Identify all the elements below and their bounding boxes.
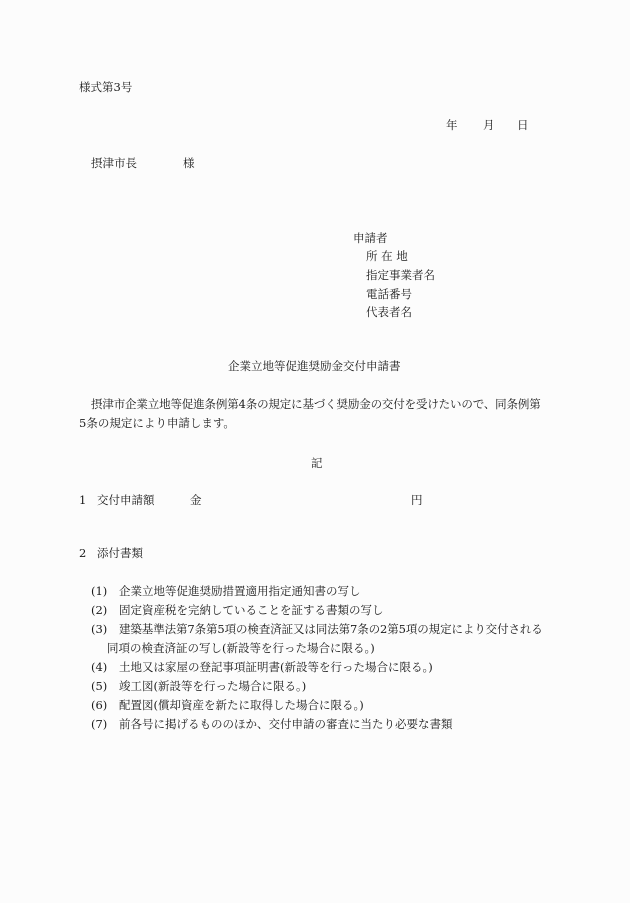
list-item-text: 配置図(償却資産を新たに取得した場合に限る。) [119,698,364,712]
section-1-label: 交付申請額 [97,493,155,507]
list-item-text: 企業立地等促進奨励措置適用指定通知書の写し [119,584,361,598]
date-month-label: 月 [483,118,495,132]
applicant-field-business-name: 指定事業者名 [366,268,435,282]
currency-prefix: 金 [190,493,202,507]
list-item-number: (2) [91,603,107,617]
list-item-number: (4) [91,660,107,674]
list-item-number: (3) [91,622,107,636]
addressee-name: 摂津市長 [91,156,137,170]
applicant-field-phone: 電話番号 [366,287,412,301]
list-item-text: 建築基準法第7条第5項の検査済証又は同法第7条の2第5項の規定により交付される [119,622,543,636]
section-1-number: 1 [79,493,86,507]
list-item-number: (7) [91,717,107,731]
list-item-number: (5) [91,679,107,693]
section-2-label: 添付書類 [97,546,143,560]
list-item-text: 前各号に掲げるもののほか、交付申請の審査に当たり必要な書類 [119,717,453,731]
applicant-heading: 申請者 [353,231,388,245]
document-title: 企業立地等促進奨励金交付申請書 [228,359,401,373]
body-line-2: 5条の規定により申請します。 [79,416,235,430]
list-item-text-continued: 同項の検査済証の写し(新設等を行った場合に限る。) [107,641,375,655]
applicant-field-representative: 代表者名 [366,305,412,319]
form-number: 様式第3号 [79,80,132,94]
list-item-number: (6) [91,698,107,712]
section-2-number: 2 [79,546,86,560]
currency-suffix: 円 [411,493,423,507]
ki-heading: 記 [311,456,323,470]
date-day-label: 日 [517,118,529,132]
list-item-text: 竣工図(新設等を行った場合に限る。) [119,679,306,693]
body-line-1: 摂津市企業立地等促進条例第4条の規定に基づく奨励金の交付を受けたいので、同条例第 [91,397,541,411]
date-year-label: 年 [446,118,458,132]
list-item-number: (1) [91,584,107,598]
list-item-text: 固定資産税を完納していることを証する書類の写し [119,603,384,617]
addressee-honorific: 様 [183,156,195,170]
list-item-text: 土地又は家屋の登記事項証明書(新設等を行った場合に限る。) [119,660,433,674]
applicant-field-address: 所 在 地 [366,249,408,263]
